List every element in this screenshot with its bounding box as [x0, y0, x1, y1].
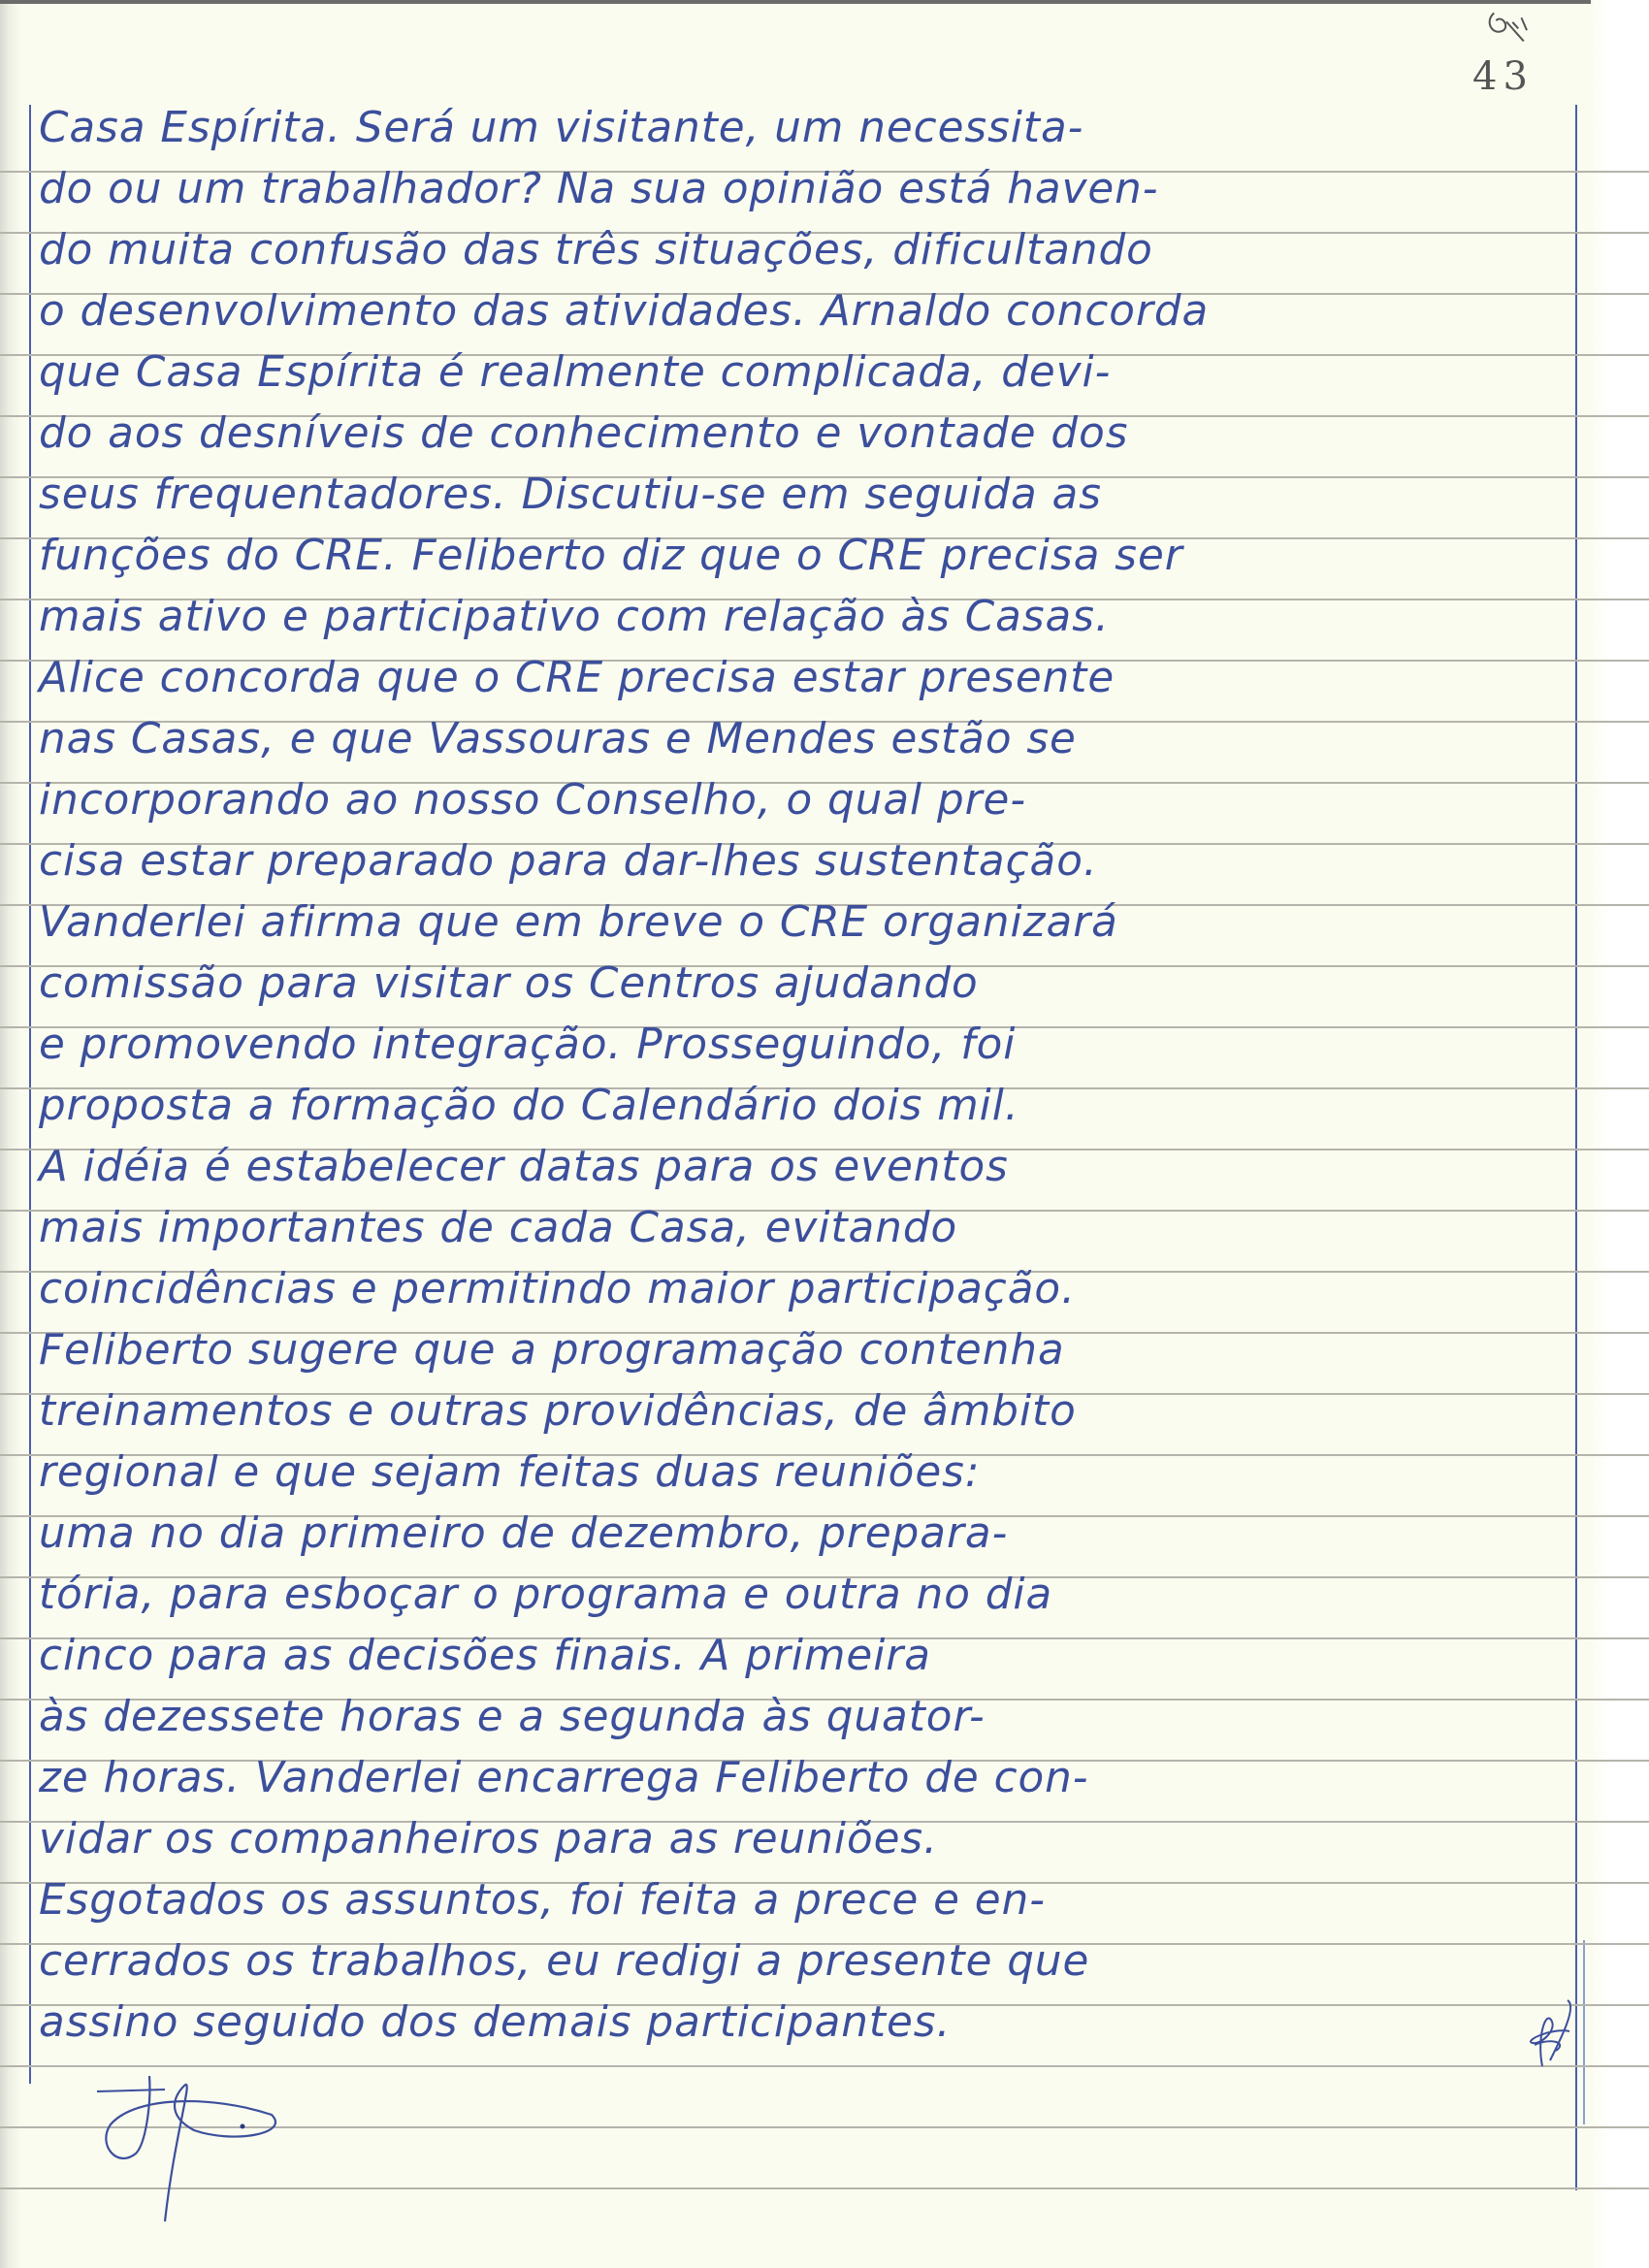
text-line: Casa Espírita. Será um visitante, um nec… — [39, 97, 1567, 158]
text-line: Vanderlei afirma que em breve o CRE orga… — [39, 891, 1567, 953]
margin-initials-icon — [1523, 1998, 1581, 2076]
text-line: cisa estar preparado para dar-lhes suste… — [39, 830, 1567, 891]
text-line: Feliberto sugere que a programação conte… — [39, 1319, 1567, 1380]
text-line: proposta a formação do Calendário dois m… — [39, 1075, 1567, 1136]
text-line: e promovendo integração. Prosseguindo, f… — [39, 1014, 1567, 1075]
text-line: A idéia é estabelecer datas para os even… — [39, 1136, 1567, 1197]
text-line: mais importantes de cada Casa, evitando — [39, 1197, 1567, 1258]
rubric-stamp-icon — [1479, 0, 1538, 54]
text-line: cerrados os trabalhos, eu redigi a prese… — [39, 1930, 1567, 1992]
text-line: treinamentos e outras providências, de â… — [39, 1380, 1567, 1442]
text-line: tória, para esboçar o programa e outra n… — [39, 1564, 1567, 1625]
signature-icon — [97, 2076, 291, 2251]
right-margin-line-secondary — [1583, 1940, 1585, 2124]
text-line: regional e que sejam feitas duas reuniõe… — [39, 1442, 1567, 1503]
text-line: mais ativo e participativo com relação à… — [39, 586, 1567, 647]
scan-top-edge — [0, 0, 1591, 4]
text-line: seus frequentadores. Discutiu-se em segu… — [39, 464, 1567, 525]
text-line: assino seguido dos demais participantes. — [39, 1992, 1567, 2053]
text-line: do aos desníveis de conhecimento e vonta… — [39, 403, 1567, 464]
text-line: que Casa Espírita é realmente complicada… — [39, 341, 1567, 403]
text-line: uma no dia primeiro de dezembro, prepara… — [39, 1503, 1567, 1564]
text-line: vidar os companheiros para as reuniões. — [39, 1808, 1567, 1869]
page-number: 43 — [1472, 54, 1534, 99]
text-line: funções do CRE. Feliberto diz que o CRE … — [39, 525, 1567, 586]
text-line: cinco para as decisões finais. A primeir… — [39, 1625, 1567, 1686]
text-line: do ou um trabalhador? Na sua opinião est… — [39, 158, 1567, 219]
text-line: ze horas. Vanderlei encarrega Feliberto … — [39, 1747, 1567, 1808]
text-line: Alice concorda que o CRE precisa estar p… — [39, 647, 1567, 708]
left-margin-line — [29, 105, 31, 2084]
handwritten-text: Casa Espírita. Será um visitante, um nec… — [39, 97, 1581, 2053]
text-line: Esgotados os assuntos, foi feita a prece… — [39, 1869, 1567, 1930]
text-line: o desenvolvimento das atividades. Arnald… — [39, 280, 1567, 341]
ledger-page: 43 Casa Espírita. Será um visitante, um … — [0, 0, 1649, 2268]
text-line: nas Casas, e que Vassouras e Mendes estã… — [39, 708, 1567, 769]
text-line: coincidências e permitindo maior partici… — [39, 1258, 1567, 1319]
text-line: incorporando ao nosso Conselho, o qual p… — [39, 769, 1567, 830]
text-line: às dezessete horas e a segunda às quator… — [39, 1686, 1567, 1747]
text-line: comissão para visitar os Centros ajudand… — [39, 953, 1567, 1014]
text-line: do muita confusão das três situações, di… — [39, 219, 1567, 280]
ruled-line — [0, 2065, 1649, 2067]
